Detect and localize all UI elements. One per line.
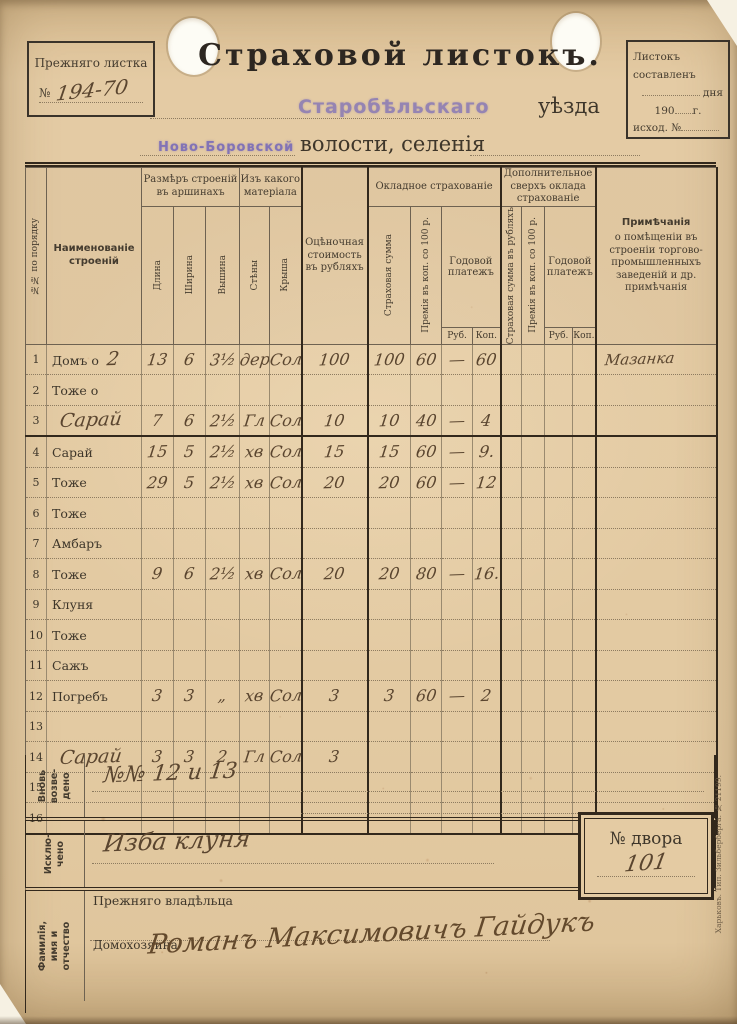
cell-extra-kop	[573, 559, 596, 590]
cell-notes	[596, 375, 717, 406]
cell-extra-kop	[573, 528, 596, 559]
cell-kop: 4	[473, 405, 501, 436]
cell-insured-sum: 10	[368, 405, 411, 436]
cell-row-number: 2	[26, 375, 47, 406]
newly-built-label-column: Вновь возве- дено	[26, 755, 85, 817]
scanned-paper-sheet: Прежняго листка № 194-70 Страховой листо…	[0, 0, 737, 1024]
table-row: 11 Сажъ	[26, 650, 717, 681]
table-row: 9 Клуня	[26, 589, 717, 620]
cell-valuation	[302, 528, 368, 559]
cell-extra-insured-sum	[501, 681, 522, 712]
cell-extra-rub	[545, 559, 573, 590]
cell-extra-kop	[573, 711, 596, 742]
volost-name-stamp: Ново-Боровской	[158, 140, 294, 155]
cell-row-number: 4	[26, 436, 47, 467]
cell-extra-rub	[545, 681, 573, 712]
names-label: Фамилія, имя и отчество	[37, 921, 73, 971]
cell-notes	[596, 620, 717, 651]
cell-building-name: Тоже	[47, 467, 142, 498]
cell-width	[174, 589, 206, 620]
cell-extra-premium	[522, 344, 545, 375]
cell-roof: Сол	[270, 344, 302, 375]
cell-walls: хв	[240, 559, 270, 590]
cell-premium	[411, 650, 442, 681]
cell-roof	[270, 589, 302, 620]
table-row: 4 Сарай 15 5 2½ хв Сол 15 15 60 — 9.	[26, 436, 717, 467]
cell-width	[174, 650, 206, 681]
col-header-width: Ширина	[174, 206, 206, 344]
cell-extra-rub	[545, 405, 573, 436]
cell-walls	[240, 711, 270, 742]
cell-height	[206, 589, 240, 620]
cell-length	[142, 650, 174, 681]
cell-roof	[270, 375, 302, 406]
cell-width: 5	[174, 467, 206, 498]
cell-width: 6	[174, 344, 206, 375]
col-header-extra-rub: Руб.	[545, 327, 573, 344]
cell-height: 2½	[206, 559, 240, 590]
cell-extra-kop	[573, 650, 596, 681]
cell-row-number: 8	[26, 559, 47, 590]
uyezd-name-stamp: Старобѣльскаго	[298, 96, 490, 118]
cell-premium	[411, 620, 442, 651]
cell-premium	[411, 528, 442, 559]
cell-roof: Сол	[270, 436, 302, 467]
dotted-line	[92, 863, 494, 864]
cell-length: 15	[142, 436, 174, 467]
cell-height	[206, 650, 240, 681]
cell-kop	[473, 498, 501, 529]
cell-kop: 12	[473, 467, 501, 498]
cell-valuation: 10	[302, 405, 368, 436]
cell-row-number: 12	[26, 681, 47, 712]
col-header-rub: Руб.	[442, 327, 473, 344]
cell-walls: хв	[240, 436, 270, 467]
cell-building-name: Тоже о	[47, 375, 142, 406]
cell-insured-sum: 20	[368, 559, 411, 590]
volost-dotted-rule-left	[140, 155, 295, 156]
cell-notes	[596, 681, 717, 712]
previous-sheet-number-line: № 194-70	[39, 78, 143, 103]
cell-building-name: Тоже	[47, 498, 142, 529]
cell-roof: Сол	[270, 467, 302, 498]
cell-height	[206, 498, 240, 529]
cell-extra-insured-sum	[501, 498, 522, 529]
cell-kop	[473, 620, 501, 651]
cell-roof: Сол	[270, 405, 302, 436]
cell-rub	[442, 528, 473, 559]
cell-row-number: 7	[26, 528, 47, 559]
cell-insured-sum	[368, 528, 411, 559]
cell-building-name: Амбаръ	[47, 528, 142, 559]
cell-extra-premium	[522, 711, 545, 742]
page-bottom-shadow	[0, 1016, 737, 1024]
cell-extra-premium	[522, 375, 545, 406]
cell-extra-rub	[545, 467, 573, 498]
cell-premium	[411, 711, 442, 742]
col-header-premium: Премія въ коп. со 100 р.	[411, 206, 442, 344]
cell-width	[174, 375, 206, 406]
cell-height	[206, 375, 240, 406]
cell-extra-rub	[545, 620, 573, 651]
printer-imprint-text: Харьковъ. Тип. Зильберберга. № 21199.	[714, 775, 723, 933]
cell-building-name: Тоже	[47, 559, 142, 590]
table-row: 1 Домъ о2 13 6 3½ дер Сол 100 100 60 — 6…	[26, 344, 717, 375]
col-header-notes: Примѣчанія о помѣщеніи въ строеніи торго…	[596, 168, 717, 345]
cell-extra-premium	[522, 498, 545, 529]
cell-insured-sum	[368, 650, 411, 681]
uyezd-dotted-rule	[150, 118, 480, 119]
table-header: №№ по порядку Наименованіе строеній Разм…	[26, 168, 717, 345]
col-header-row-number: №№ по порядку	[26, 168, 47, 345]
cell-height: 2½	[206, 467, 240, 498]
cell-extra-rub	[545, 650, 573, 681]
cell-roof	[270, 528, 302, 559]
table-row: 7 Амбаръ	[26, 528, 717, 559]
cell-valuation	[302, 375, 368, 406]
cell-length: 3	[142, 681, 174, 712]
cell-notes	[596, 528, 717, 559]
composed-day-line: дня	[633, 85, 723, 103]
cell-kop: 9.	[473, 436, 501, 467]
cell-extra-rub	[545, 528, 573, 559]
cell-kop: 2	[473, 681, 501, 712]
cell-kop	[473, 589, 501, 620]
cell-width: 5	[174, 436, 206, 467]
cell-roof: Сол	[270, 681, 302, 712]
col-header-walls: Стѣны	[240, 206, 270, 344]
cell-valuation	[302, 589, 368, 620]
cell-length	[142, 711, 174, 742]
col-header-extra-premium: Премія въ коп. со 100 р.	[522, 206, 545, 344]
cell-extra-insured-sum	[501, 375, 522, 406]
cell-roof	[270, 620, 302, 651]
cell-rub: —	[442, 559, 473, 590]
cell-notes	[596, 711, 717, 742]
cell-extra-rub	[545, 589, 573, 620]
cell-extra-rub	[545, 344, 573, 375]
composed-year-line: 190г.	[633, 103, 723, 121]
table-row: 3 Сарай 7 6 2½ Гл Сол 10 10 40 — 4	[26, 405, 717, 436]
excluded-value-handwritten: Изба клуня	[102, 824, 252, 857]
number-sign: №	[39, 86, 50, 100]
cell-premium	[411, 375, 442, 406]
printer-imprint: Харьковъ. Тип. Зильберберга. № 21199.	[714, 775, 728, 1015]
cell-premium: 60	[411, 344, 442, 375]
names-section: Фамилія, имя и отчество	[25, 891, 716, 1013]
cell-extra-insured-sum	[501, 589, 522, 620]
yard-number-handwritten: 101	[622, 850, 669, 878]
cell-height	[206, 620, 240, 651]
yard-number-box: № двора 101	[578, 812, 714, 900]
cell-notes	[596, 498, 717, 529]
yard-number-label: № двора	[581, 829, 711, 849]
cell-walls: Гл	[240, 405, 270, 436]
cell-notes	[596, 467, 717, 498]
previous-sheet-box: Прежняго листка № 194-70	[27, 41, 155, 117]
cell-extra-insured-sum	[501, 528, 522, 559]
cell-rub	[442, 711, 473, 742]
table-row: 10 Тоже	[26, 620, 717, 651]
cell-rub	[442, 375, 473, 406]
cell-valuation: 20	[302, 467, 368, 498]
cell-kop: 16.	[473, 559, 501, 590]
cell-extra-premium	[522, 589, 545, 620]
cell-premium: 80	[411, 559, 442, 590]
cell-kop	[473, 650, 501, 681]
cell-width: 6	[174, 405, 206, 436]
cell-walls	[240, 528, 270, 559]
cell-extra-kop	[573, 498, 596, 529]
cell-valuation	[302, 711, 368, 742]
cell-roof	[270, 498, 302, 529]
cell-walls	[240, 498, 270, 529]
cell-extra-kop	[573, 344, 596, 375]
cell-extra-kop	[573, 405, 596, 436]
previous-owner-label: Прежняго владѣльца	[93, 893, 233, 908]
cell-valuation: 3	[302, 681, 368, 712]
cell-height: 2½	[206, 436, 240, 467]
cell-walls: дер	[240, 344, 270, 375]
cell-extra-rub	[545, 375, 573, 406]
yard-number-line: 101	[597, 849, 695, 877]
cell-extra-premium	[522, 467, 545, 498]
cell-length: 13	[142, 344, 174, 375]
cell-walls: хв	[240, 681, 270, 712]
col-header-building-name: Наименованіе строеній	[47, 168, 142, 345]
cell-height: 3½	[206, 344, 240, 375]
cell-roof	[270, 650, 302, 681]
col-header-extra-insured-sum: Страховая сумма въ рубляхъ	[501, 206, 522, 344]
cell-extra-premium	[522, 620, 545, 651]
col-header-extra-annual-payment: Годовой платежъ	[545, 206, 596, 327]
cell-walls	[240, 620, 270, 651]
col-group-standard-insurance: Окладное страхованіе	[368, 168, 501, 207]
cell-kop	[473, 375, 501, 406]
cell-walls	[240, 650, 270, 681]
cell-insured-sum	[368, 375, 411, 406]
cell-row-number: 3	[26, 405, 47, 436]
cell-extra-insured-sum	[501, 344, 522, 375]
cell-premium: 60	[411, 436, 442, 467]
cell-notes	[596, 650, 717, 681]
previous-sheet-label: Прежняго листка	[29, 56, 153, 70]
cell-notes	[596, 405, 717, 436]
cell-building-name: Погребъ	[47, 681, 142, 712]
cell-rub	[442, 650, 473, 681]
col-header-kop: Коп.	[473, 327, 501, 344]
cell-rub	[442, 498, 473, 529]
cell-building-name: Сарай	[47, 436, 142, 467]
cell-row-number: 5	[26, 467, 47, 498]
cell-valuation: 100	[302, 344, 368, 375]
col-header-length: Длина	[142, 206, 174, 344]
cell-extra-insured-sum	[501, 650, 522, 681]
cell-height: „	[206, 681, 240, 712]
cell-insured-sum: 3	[368, 681, 411, 712]
cell-kop	[473, 528, 501, 559]
cell-walls	[240, 375, 270, 406]
cell-roof	[270, 711, 302, 742]
excluded-label: Исклю- чено	[43, 834, 67, 874]
notes-subtitle: о помѣщеніи въ строеніи торгово-промышле…	[599, 232, 714, 295]
cell-insured-sum	[368, 711, 411, 742]
composed-label: Листокъ составленъ	[633, 49, 723, 85]
cell-notes: Мазанка	[596, 344, 717, 375]
cell-valuation: 15	[302, 436, 368, 467]
cell-building-name	[47, 711, 142, 742]
table-row: 5 Тоже 29 5 2½ хв Сол 20 20 60 — 12	[26, 467, 717, 498]
table-row: 6 Тоже	[26, 498, 717, 529]
cell-insured-sum	[368, 498, 411, 529]
cell-extra-insured-sum	[501, 559, 522, 590]
cell-extra-premium	[522, 405, 545, 436]
page-title: Страховой листокъ.	[185, 38, 615, 73]
cell-extra-rub	[545, 498, 573, 529]
cell-valuation	[302, 620, 368, 651]
cell-notes	[596, 589, 717, 620]
cell-length	[142, 528, 174, 559]
cell-row-number: 9	[26, 589, 47, 620]
cell-notes	[596, 559, 717, 590]
newly-built-label: Вновь возве- дено	[37, 769, 73, 803]
cell-premium	[411, 589, 442, 620]
cell-height	[206, 711, 240, 742]
cell-extra-kop	[573, 375, 596, 406]
cell-rub: —	[442, 405, 473, 436]
cell-rub	[442, 589, 473, 620]
cell-valuation: 20	[302, 559, 368, 590]
col-header-extra-kop: Коп.	[573, 327, 596, 344]
cell-rub: —	[442, 436, 473, 467]
cell-roof: Сол	[270, 559, 302, 590]
cell-kop	[473, 711, 501, 742]
cell-length: 7	[142, 405, 174, 436]
cell-extra-insured-sum	[501, 620, 522, 651]
cell-row-number: 10	[26, 620, 47, 651]
col-header-height: Вышина	[206, 206, 240, 344]
newly-built-value-handwritten: №№ 12 и 13	[102, 759, 239, 789]
cell-extra-premium	[522, 436, 545, 467]
cell-premium: 60	[411, 681, 442, 712]
cell-row-number: 13	[26, 711, 47, 742]
cell-height	[206, 528, 240, 559]
cell-valuation	[302, 498, 368, 529]
table-row: 13	[26, 711, 717, 742]
cell-insured-sum	[368, 589, 411, 620]
composed-outgoing-line: исход. №	[633, 120, 723, 138]
cell-extra-rub	[545, 711, 573, 742]
col-header-insured-sum: Страховая сумма	[368, 206, 411, 344]
cell-insured-sum	[368, 620, 411, 651]
excluded-label-column: Исклю- чено	[26, 821, 85, 887]
cell-building-name: Домъ о2	[47, 344, 142, 375]
volost-dotted-rule-right	[470, 155, 640, 156]
cell-extra-kop	[573, 436, 596, 467]
cell-extra-kop	[573, 467, 596, 498]
cell-rub: —	[442, 344, 473, 375]
cell-length	[142, 620, 174, 651]
cell-building-name: Клуня	[47, 589, 142, 620]
cell-extra-insured-sum	[501, 436, 522, 467]
previous-sheet-number-handwritten: 194-70	[55, 74, 130, 105]
table-row: 8 Тоже 9 6 2½ хв Сол 20 20 80 — 16.	[26, 559, 717, 590]
cell-length	[142, 375, 174, 406]
volost-label: волости, селенія	[300, 132, 485, 156]
col-header-annual-payment: Годовой платежъ	[442, 206, 501, 327]
cell-extra-insured-sum	[501, 405, 522, 436]
cell-rub	[442, 620, 473, 651]
cell-extra-kop	[573, 681, 596, 712]
dotted-line	[92, 791, 704, 792]
cell-extra-premium	[522, 681, 545, 712]
cell-length: 29	[142, 467, 174, 498]
cell-width	[174, 498, 206, 529]
volost-line: Ново-Боровской волости, селенія	[140, 134, 620, 162]
col-group-additional-insurance: Дополнительное сверхъ оклада страхованіе	[501, 168, 596, 207]
cell-extra-premium	[522, 559, 545, 590]
cell-building-name: Сарай	[47, 405, 142, 436]
cell-extra-insured-sum	[501, 711, 522, 742]
cell-kop: 60	[473, 344, 501, 375]
cell-rub: —	[442, 681, 473, 712]
cell-premium: 40	[411, 405, 442, 436]
cell-extra-kop	[573, 589, 596, 620]
cell-rub: —	[442, 467, 473, 498]
cell-building-name: Тоже	[47, 620, 142, 651]
cell-building-name: Сажъ	[47, 650, 142, 681]
cell-extra-insured-sum	[501, 467, 522, 498]
cell-notes	[596, 436, 717, 467]
cell-insured-sum: 100	[368, 344, 411, 375]
cell-width: 3	[174, 681, 206, 712]
cell-extra-kop	[573, 620, 596, 651]
cell-height: 2½	[206, 405, 240, 436]
cell-width: 6	[174, 559, 206, 590]
cell-width	[174, 711, 206, 742]
cell-premium: 60	[411, 467, 442, 498]
cell-row-number: 1	[26, 344, 47, 375]
cell-row-number: 11	[26, 650, 47, 681]
col-header-valuation: Оцѣночная стоимость въ рубляхъ	[302, 168, 368, 345]
cell-length: 9	[142, 559, 174, 590]
notes-title: Примѣчанія	[599, 217, 714, 230]
cell-extra-rub	[545, 436, 573, 467]
cell-valuation	[302, 650, 368, 681]
col-header-roof: Крыша	[270, 206, 302, 344]
col-group-material: Изъ какого матеріала	[240, 168, 302, 207]
col-group-size: Размѣръ строеній въ аршинахъ	[142, 168, 240, 207]
cell-walls	[240, 589, 270, 620]
sheet-composed-box: Листокъ составленъ дня 190г. исход. №	[626, 40, 730, 139]
cell-width	[174, 620, 206, 651]
table-row: 12 Погребъ 3 3 „ хв Сол 3 3 60 — 2	[26, 681, 717, 712]
cell-length	[142, 498, 174, 529]
cell-length	[142, 589, 174, 620]
cell-insured-sum: 15	[368, 436, 411, 467]
insurance-table: №№ по порядку Наименованіе строеній Разм…	[25, 162, 716, 835]
cell-row-number: 6	[26, 498, 47, 529]
cell-premium	[411, 498, 442, 529]
table-row: 2 Тоже о	[26, 375, 717, 406]
uyezd-label: уѣзда	[538, 94, 600, 118]
names-label-column: Фамилія, имя и отчество	[26, 891, 85, 1001]
cell-extra-premium	[522, 650, 545, 681]
cell-insured-sum: 20	[368, 467, 411, 498]
cell-width	[174, 528, 206, 559]
cell-walls: хв	[240, 467, 270, 498]
cell-extra-premium	[522, 528, 545, 559]
